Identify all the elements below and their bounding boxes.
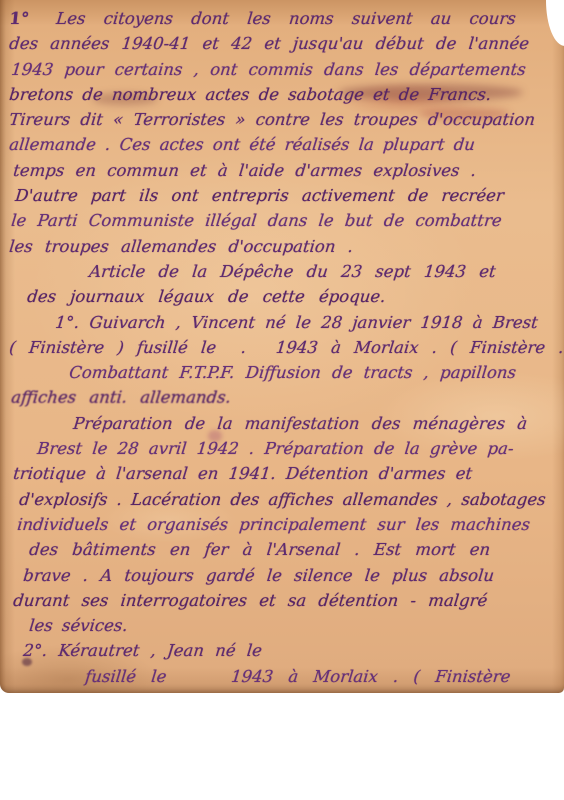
manuscript-line: triotique à l'arsenal en 1941. Détention…: [12, 461, 561, 486]
manuscript-line: affiches anti. allemands.: [10, 385, 561, 410]
line-text: Les citoyens dont les noms suivent au co…: [55, 9, 516, 28]
manuscript-line: les troupes allemandes d'occupation .: [8, 234, 561, 259]
manuscript-line: 1°. Guivarch , Vincent né le 28 janvier …: [54, 310, 561, 335]
manuscript-line: d'explosifs . Lacération des affiches al…: [18, 487, 561, 512]
manuscript-paper: 1°Les citoyens dont les noms suivent au …: [0, 0, 564, 693]
manuscript-line: 2°. Kérautret , Jean né le: [22, 638, 561, 663]
manuscript-line: allemande . Ces actes ont été réalisés l…: [8, 132, 561, 157]
manuscript-line: des journaux légaux de cette époque.: [26, 284, 561, 309]
manuscript-line: Tireurs dit « Terroristes » contre les t…: [8, 107, 561, 132]
manuscript-line: fusillé le 1943 à Morlaix . ( Finistère: [84, 664, 561, 689]
manuscript-line: 1943 pour certains , ont commis dans les…: [10, 57, 561, 82]
manuscript-line: ( Finistère ) fusillé le . 1943 à Morlai…: [8, 335, 561, 360]
manuscript-line: temps en commun et à l'aide d'armes expl…: [12, 158, 561, 183]
manuscript-text: 1°Les citoyens dont les noms suivent au …: [0, 0, 564, 693]
manuscript-line: 1°Les citoyens dont les noms suivent au …: [8, 6, 561, 31]
manuscript-line: Préparation de la manifestation des ména…: [72, 411, 561, 436]
list-item-number: 1°: [8, 6, 58, 31]
manuscript-line: Brest le 28 avril 1942 . Préparation de …: [36, 436, 561, 461]
manuscript-line: D'autre part ils ont entrepris activemen…: [14, 183, 561, 208]
manuscript-line: le Parti Communiste illégal dans le but …: [10, 208, 561, 233]
manuscript-line: brave . A toujours gardé le silence le p…: [22, 563, 561, 588]
manuscript-line: des années 1940-41 et 42 et jusqu'au déb…: [8, 31, 561, 56]
manuscript-line: les sévices.: [28, 613, 561, 638]
manuscript-line: Article de la Dépêche du 23 sept 1943 et: [88, 259, 561, 284]
manuscript-line: individuels et organisés principalement …: [16, 512, 561, 537]
manuscript-line: des bâtiments en fer à l'Arsenal . Est m…: [28, 537, 561, 562]
manuscript-line: bretons de nombreux actes de sabotage et…: [8, 82, 561, 107]
manuscript-line: durant ses interrogatoires et sa détenti…: [12, 588, 561, 613]
manuscript-line: Combattant F.T.P.F. Diffusion de tracts …: [68, 360, 561, 385]
